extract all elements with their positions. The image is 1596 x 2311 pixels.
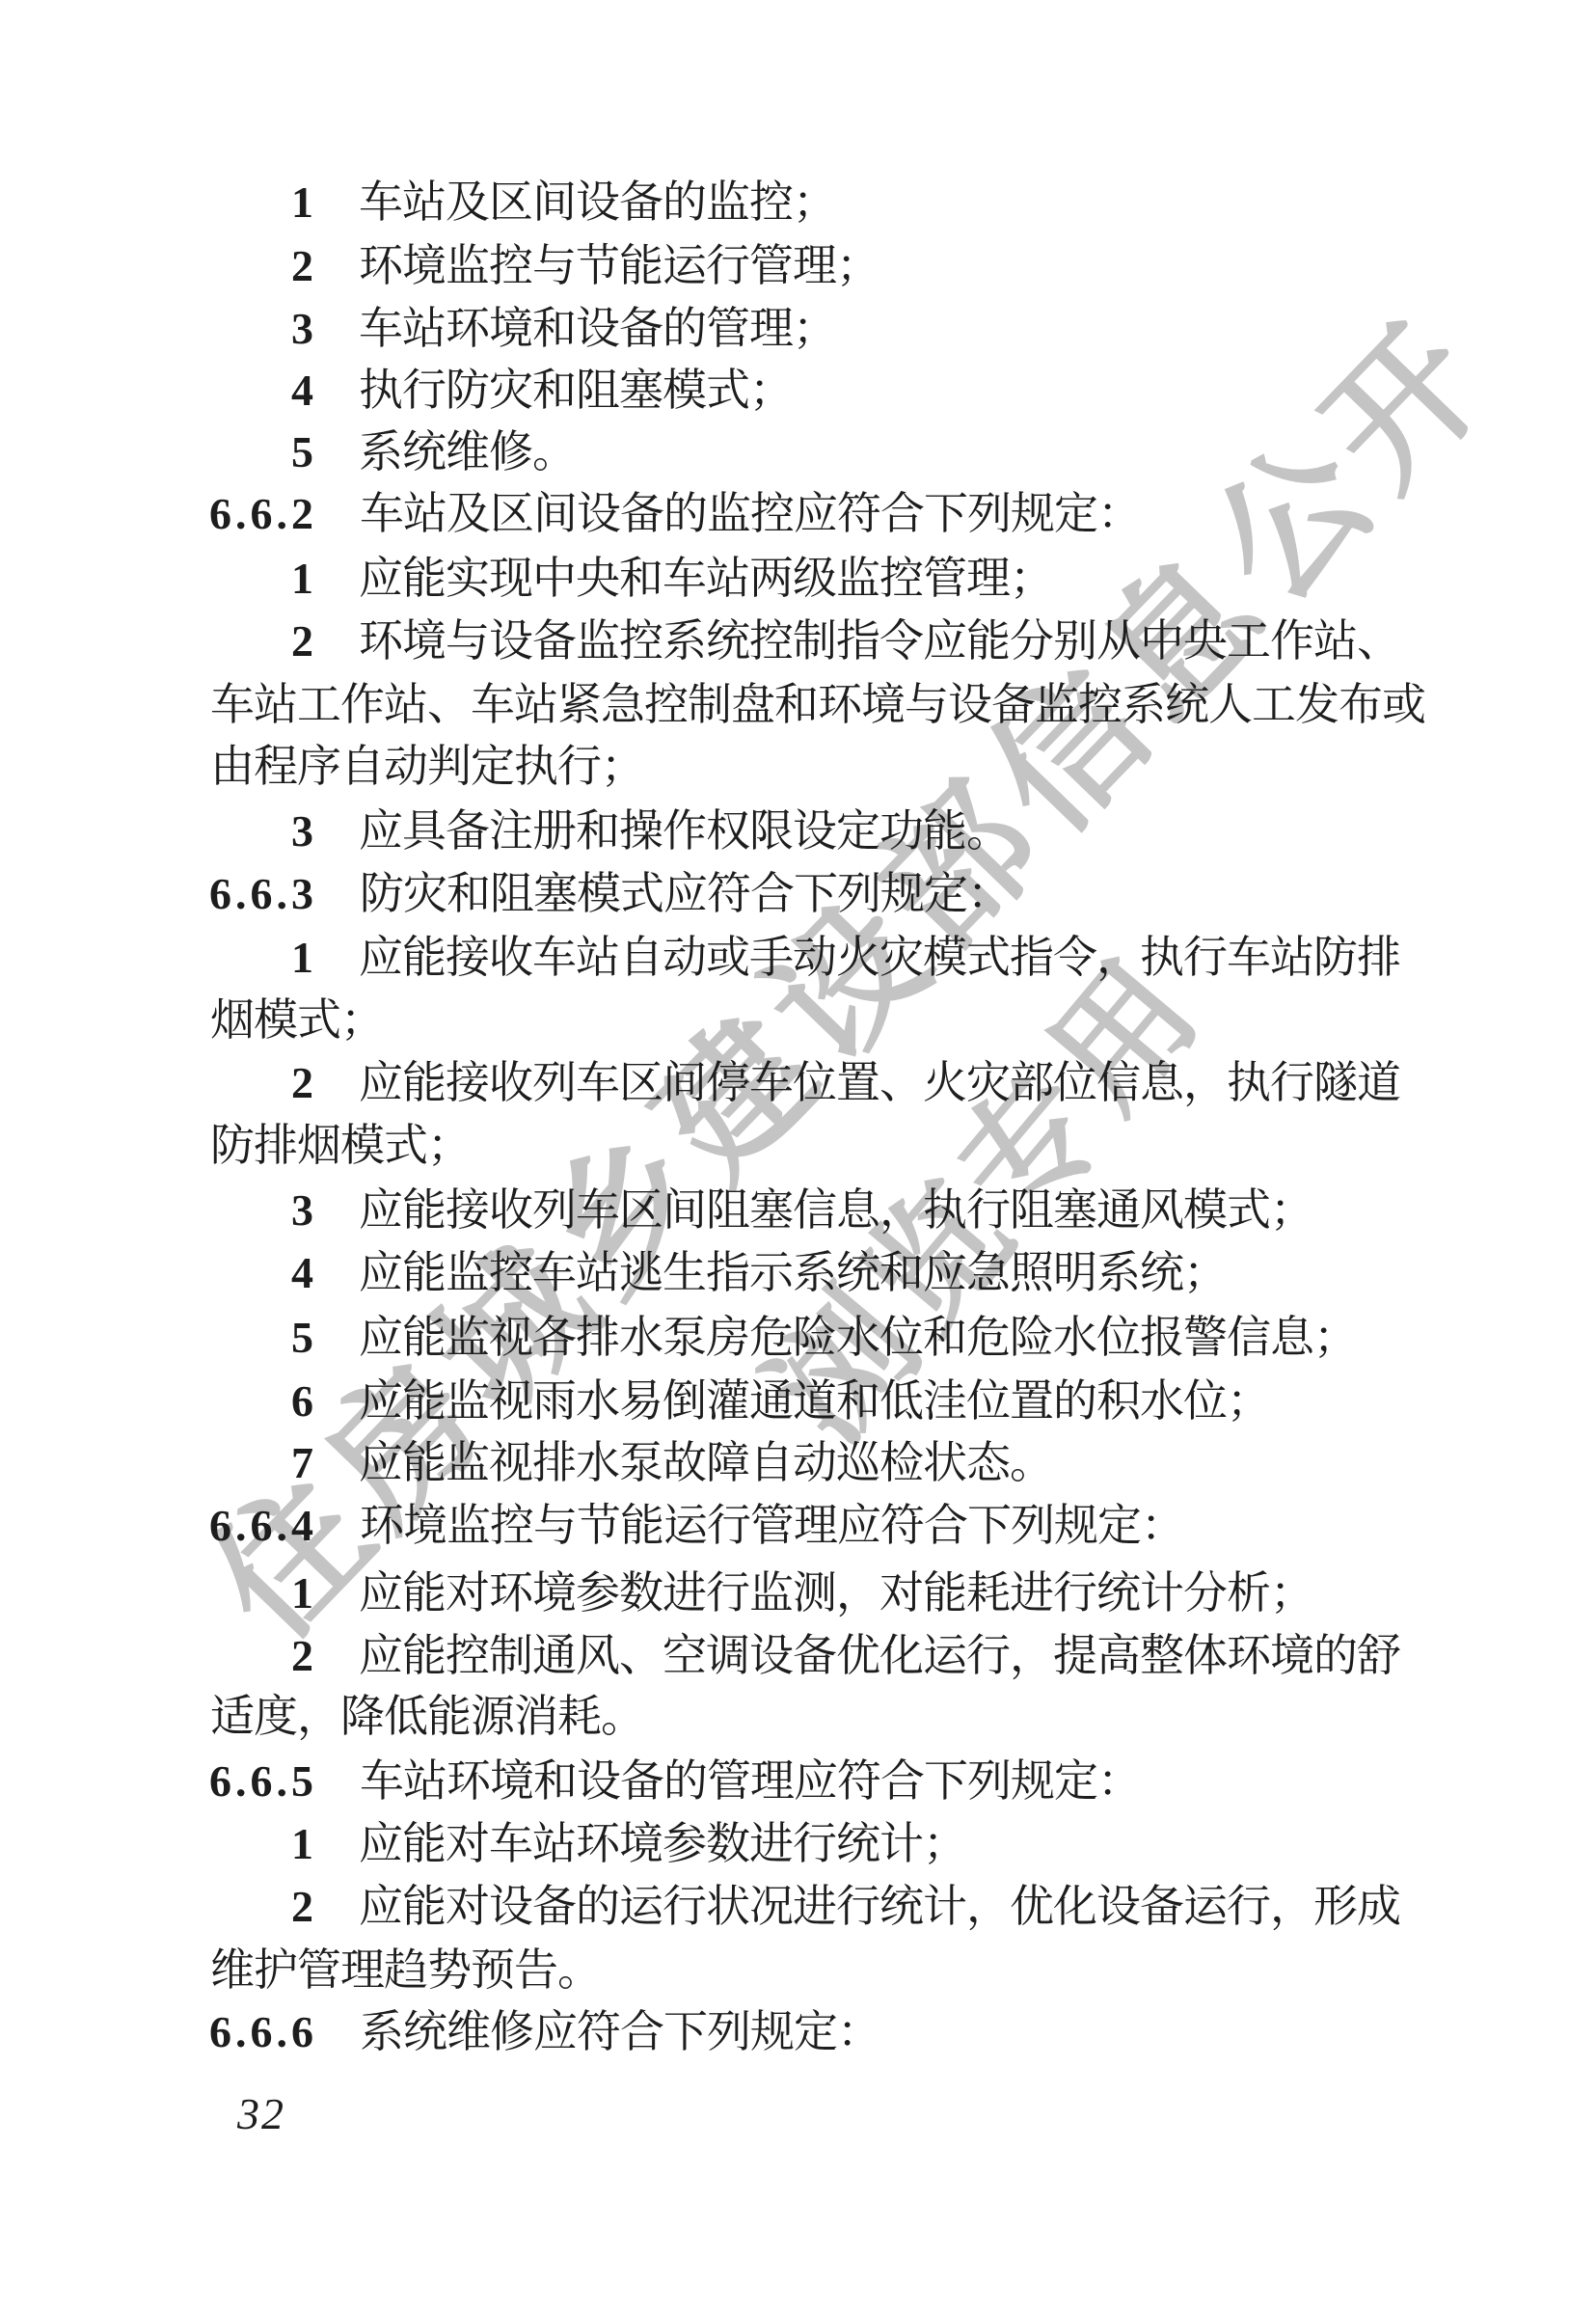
list-item-line: 5应能监视各排水泵房危险水位和危险水位报警信息； xyxy=(291,1306,1357,1370)
item-number: 3 xyxy=(291,1179,359,1242)
list-item-line: 6应能监视雨水易倒灌通道和低洼位置的积水位； xyxy=(291,1370,1270,1433)
item-number: 1 xyxy=(291,1562,359,1625)
line-text: 环境监控与节能运行管理应符合下列规定： xyxy=(360,1501,1184,1550)
section-heading-line: 6.6.5车站环境和设备的管理应符合下列规定： xyxy=(209,1750,1141,1813)
line-text: 系统维修应符合下列规定： xyxy=(360,2007,880,2056)
page-number: 32 xyxy=(237,2085,285,2143)
item-number: 2 xyxy=(291,1051,359,1115)
section-heading-line: 6.6.4环境监控与节能运行管理应符合下列规定： xyxy=(209,1494,1184,1558)
line-text: 维护管理趋势预告。 xyxy=(210,1945,601,1995)
line-text: 车站环境和设备的管理应符合下列规定： xyxy=(360,1756,1141,1806)
section-heading-line: 6.6.6系统维修应符合下列规定： xyxy=(209,2000,880,2064)
line-text: 应能监视排水泵故障自动巡检状态。 xyxy=(359,1438,1053,1487)
item-number: 4 xyxy=(291,359,359,422)
list-item-line: 2应能对设备的运行状况进行统计，优化设备运行，形成 xyxy=(291,1875,1400,1939)
line-text: 车站及区间设备的监控应符合下列规定： xyxy=(360,489,1141,538)
line-text: 环境监控与节能运行管理； xyxy=(359,241,879,290)
document-page: 住房城乡建设部信息公开 浏览专用 1车站及区间设备的监控； 2环境监控与节能运行… xyxy=(0,0,1596,2311)
line-text: 应能实现中央和车站两级监控管理； xyxy=(359,554,1053,603)
line-text: 应能接收车站自动或手动火灾模式指令，执行车站防排 xyxy=(359,933,1400,982)
line-text: 适度，降低能源消耗。 xyxy=(210,1692,644,1741)
item-number: 5 xyxy=(291,1306,359,1370)
continuation-line: 维护管理趋势预告。 xyxy=(210,1939,601,2002)
line-text: 防灾和阻塞模式应符合下列规定： xyxy=(360,869,1011,918)
section-heading-line: 6.6.3防灾和阻塞模式应符合下列规定： xyxy=(209,862,1011,926)
line-text: 应能监视各排水泵房危险水位和危险水位报警信息； xyxy=(359,1313,1357,1362)
item-number: 2 xyxy=(291,610,359,673)
list-item-line: 1应能对车站环境参数进行统计； xyxy=(291,1812,966,1876)
line-text: 应能监控车站逃生指示系统和应急照明系统； xyxy=(359,1248,1227,1297)
list-item-line: 1车站及区间设备的监控； xyxy=(291,171,836,234)
item-number: 4 xyxy=(291,1241,359,1305)
item-number: 2 xyxy=(291,1624,359,1688)
line-text: 应能对车站环境参数进行统计； xyxy=(359,1819,966,1868)
list-item-line: 1应能接收车站自动或手动火灾模式指令，执行车站防排 xyxy=(291,926,1400,990)
item-number: 1 xyxy=(291,1812,359,1876)
continuation-line: 适度，降低能源消耗。 xyxy=(210,1685,644,1749)
list-item-line: 2应能控制通风、空调设备优化运行，提高整体环境的舒 xyxy=(291,1624,1400,1688)
item-number: 2 xyxy=(291,1875,359,1939)
line-text: 系统维修。 xyxy=(359,427,576,476)
section-number: 6.6.4 xyxy=(209,1494,360,1558)
section-heading-line: 6.6.2车站及区间设备的监控应符合下列规定： xyxy=(209,482,1141,546)
item-number: 1 xyxy=(291,171,359,234)
list-item-line: 3应能接收列车区间阻塞信息，执行阻塞通风模式； xyxy=(291,1179,1313,1242)
list-item-line: 5系统维修。 xyxy=(291,421,576,484)
continuation-line: 由程序自动判定执行； xyxy=(210,735,644,799)
line-text: 应能接收列车区间阻塞信息，执行阻塞通风模式； xyxy=(359,1185,1313,1235)
line-text: 应具备注册和操作权限设定功能。 xyxy=(359,806,1010,856)
line-text: 应能接收列车区间停车位置、火灾部位信息，执行隧道 xyxy=(359,1058,1400,1107)
section-number: 6.6.6 xyxy=(209,2000,360,2064)
line-text: 由程序自动判定执行； xyxy=(210,742,644,791)
item-number: 1 xyxy=(291,926,359,990)
line-text: 应能对设备的运行状况进行统计，优化设备运行，形成 xyxy=(359,1882,1400,1931)
list-item-line: 2环境与设备监控系统控制指令应能分别从中央工作站、 xyxy=(291,610,1400,673)
item-number: 1 xyxy=(291,547,359,611)
line-text: 应能控制通风、空调设备优化运行，提高整体环境的舒 xyxy=(359,1631,1400,1680)
section-number: 6.6.3 xyxy=(209,862,360,926)
list-item-line: 7应能监视排水泵故障自动巡检状态。 xyxy=(291,1431,1053,1495)
line-text: 执行防灾和阻塞模式； xyxy=(359,366,793,415)
line-text: 防排烟模式； xyxy=(210,1121,471,1170)
continuation-line: 车站工作站、车站紧急控制盘和环境与设备监控系统人工发布或 xyxy=(210,673,1425,737)
line-text: 车站及区间设备的监控； xyxy=(359,177,836,227)
list-item-line: 3应具备注册和操作权限设定功能。 xyxy=(291,800,1010,863)
item-number: 3 xyxy=(291,800,359,863)
line-text: 车站工作站、车站紧急控制盘和环境与设备监控系统人工发布或 xyxy=(210,680,1425,729)
item-number: 5 xyxy=(291,421,359,484)
continuation-line: 防排烟模式； xyxy=(210,1114,471,1178)
list-item-line: 2环境监控与节能运行管理； xyxy=(291,234,879,298)
list-item-line: 1应能对环境参数进行监测，对能耗进行统计分析； xyxy=(291,1562,1313,1625)
line-text: 应能监视雨水易倒灌通道和低洼位置的积水位； xyxy=(359,1376,1270,1426)
section-number: 6.6.5 xyxy=(209,1750,360,1813)
item-number: 6 xyxy=(291,1370,359,1433)
list-item-line: 4执行防灾和阻塞模式； xyxy=(291,359,793,422)
line-text: 环境与设备监控系统控制指令应能分别从中央工作站、 xyxy=(359,616,1400,666)
item-number: 3 xyxy=(291,297,359,361)
item-number: 7 xyxy=(291,1431,359,1495)
list-item-line: 2应能接收列车区间停车位置、火灾部位信息，执行隧道 xyxy=(291,1051,1400,1115)
list-item-line: 3车站环境和设备的管理； xyxy=(291,297,836,361)
line-text: 烟模式； xyxy=(210,995,384,1045)
continuation-line: 烟模式； xyxy=(210,989,384,1052)
list-item-line: 1应能实现中央和车站两级监控管理； xyxy=(291,547,1053,611)
list-item-line: 4应能监控车站逃生指示系统和应急照明系统； xyxy=(291,1241,1227,1305)
section-number: 6.6.2 xyxy=(209,482,360,546)
line-text: 车站环境和设备的管理； xyxy=(359,304,836,353)
line-text: 应能对环境参数进行监测，对能耗进行统计分析； xyxy=(359,1568,1313,1618)
item-number: 2 xyxy=(291,234,359,298)
